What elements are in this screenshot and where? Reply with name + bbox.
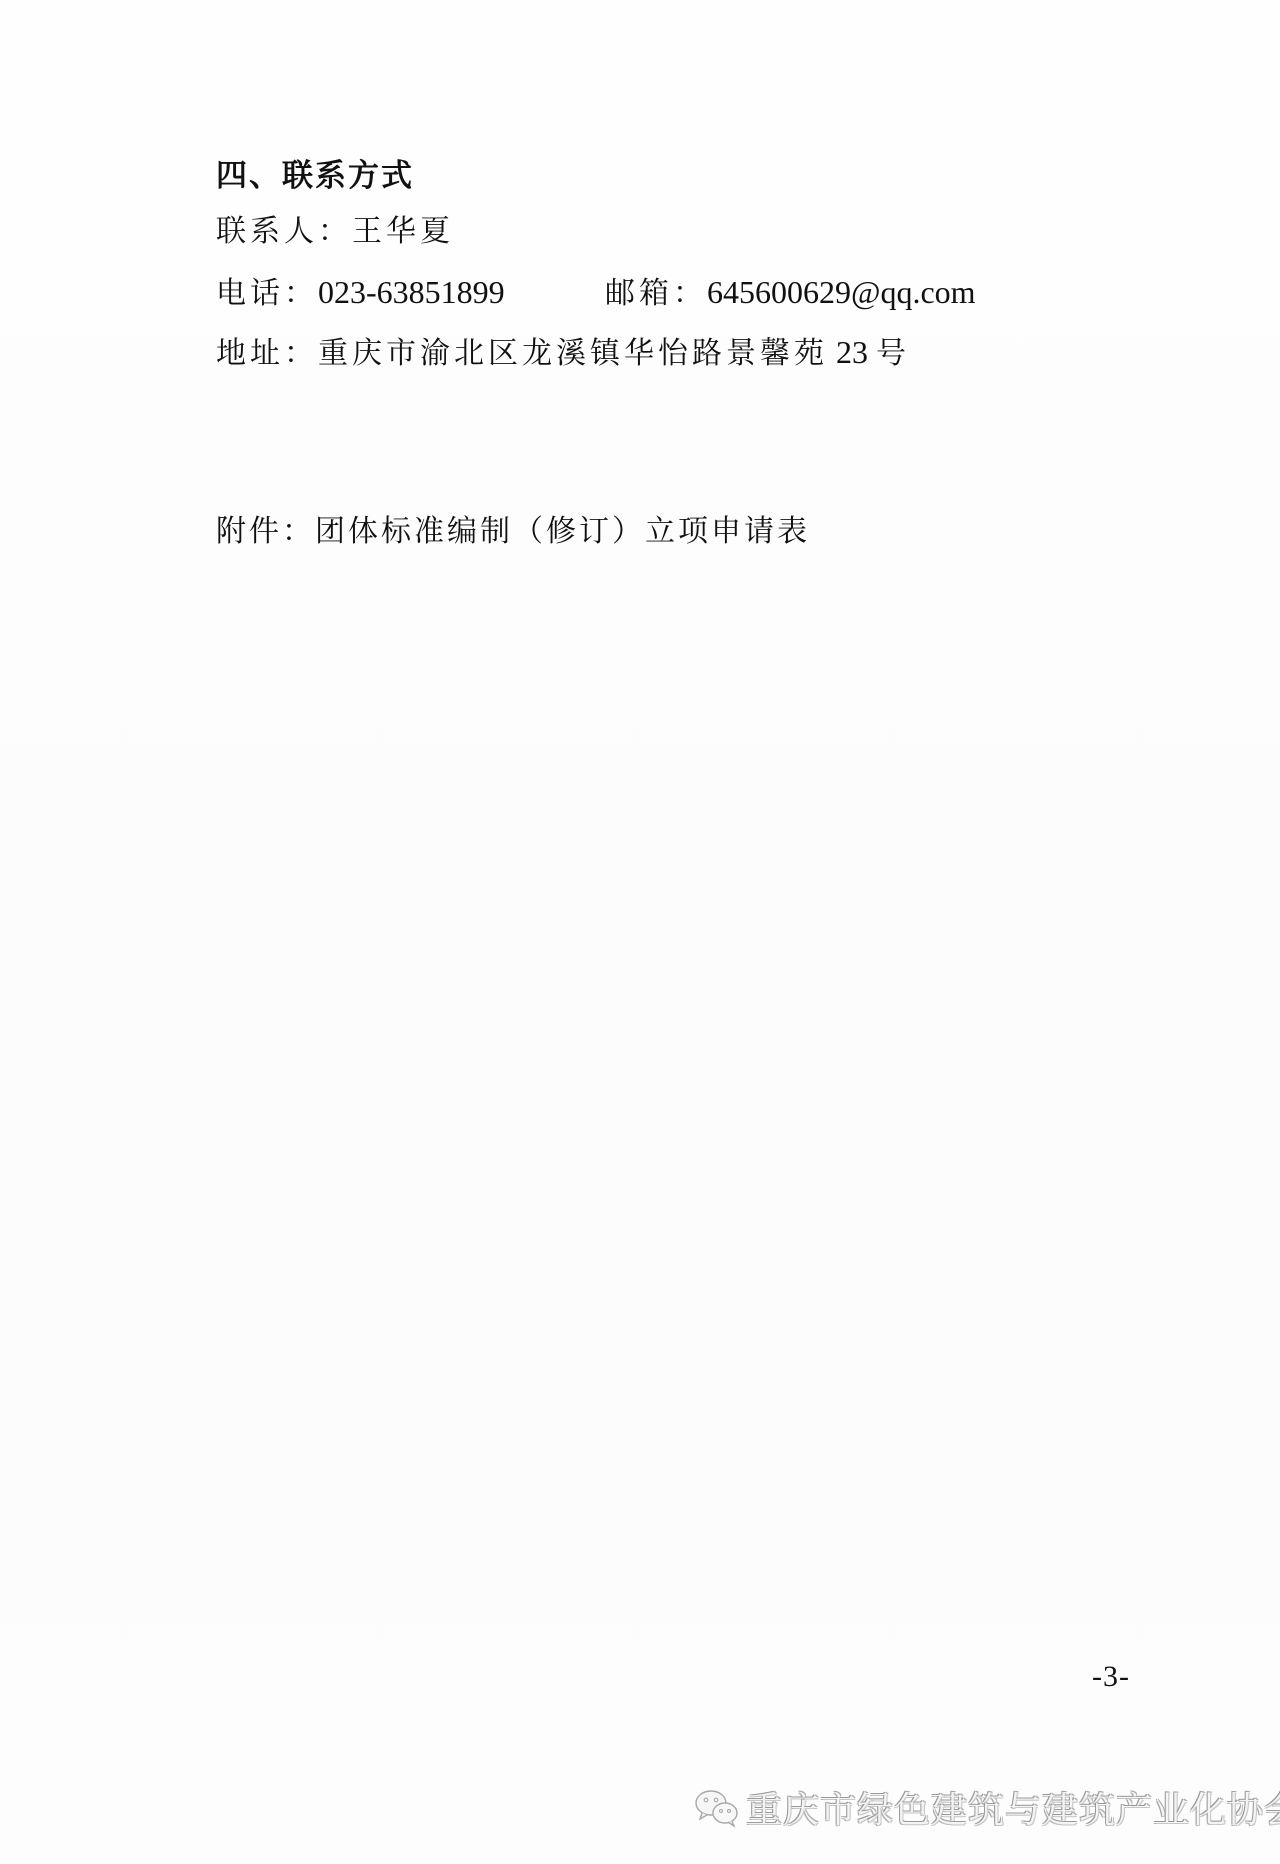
section-heading-text: 四、联系方式	[216, 158, 414, 194]
wechat-icon	[694, 1788, 740, 1828]
phone-label: 电话：	[216, 276, 318, 311]
address-number: 23	[828, 334, 876, 370]
phone-value: 023-63851899	[318, 274, 505, 310]
attachment-line: 附件：团体标准编制（修订）立项申请表	[216, 512, 810, 552]
wechat-watermark: 重庆市绿色建筑与建筑产业化协会	[694, 1782, 1280, 1833]
email-value: 645600629@qq.com	[707, 274, 976, 310]
address-label: 地址：	[216, 336, 318, 371]
attachment-value: 团体标准编制（修订）立项申请表	[315, 514, 810, 549]
watermark-text: 重庆市绿色建筑与建筑产业化协会	[746, 1782, 1280, 1833]
email-label: 邮箱：	[605, 276, 707, 311]
address-suffix: 号	[876, 336, 910, 371]
contact-person-name: 王华夏	[352, 214, 454, 249]
attachment-label: 附件：	[216, 514, 315, 549]
contact-person-line: 联系人：王华夏	[216, 212, 454, 252]
email-group: 邮箱：645600629@qq.com	[605, 272, 976, 314]
page-number: -3-	[1092, 1660, 1130, 1694]
address-line: 地址：重庆市渝北区龙溪镇华怡路景馨苑 23 号	[216, 332, 910, 374]
section-heading: 四、联系方式	[216, 156, 414, 196]
phone-email-line: 电话：023-63851899 邮箱：645600629@qq.com	[216, 272, 505, 314]
address-value: 重庆市渝北区龙溪镇华怡路景馨苑	[318, 336, 828, 371]
contact-person-label: 联系人：	[216, 214, 352, 249]
document-page: 四、联系方式 联系人：王华夏 电话：023-63851899 邮箱：645600…	[0, 0, 1280, 1864]
